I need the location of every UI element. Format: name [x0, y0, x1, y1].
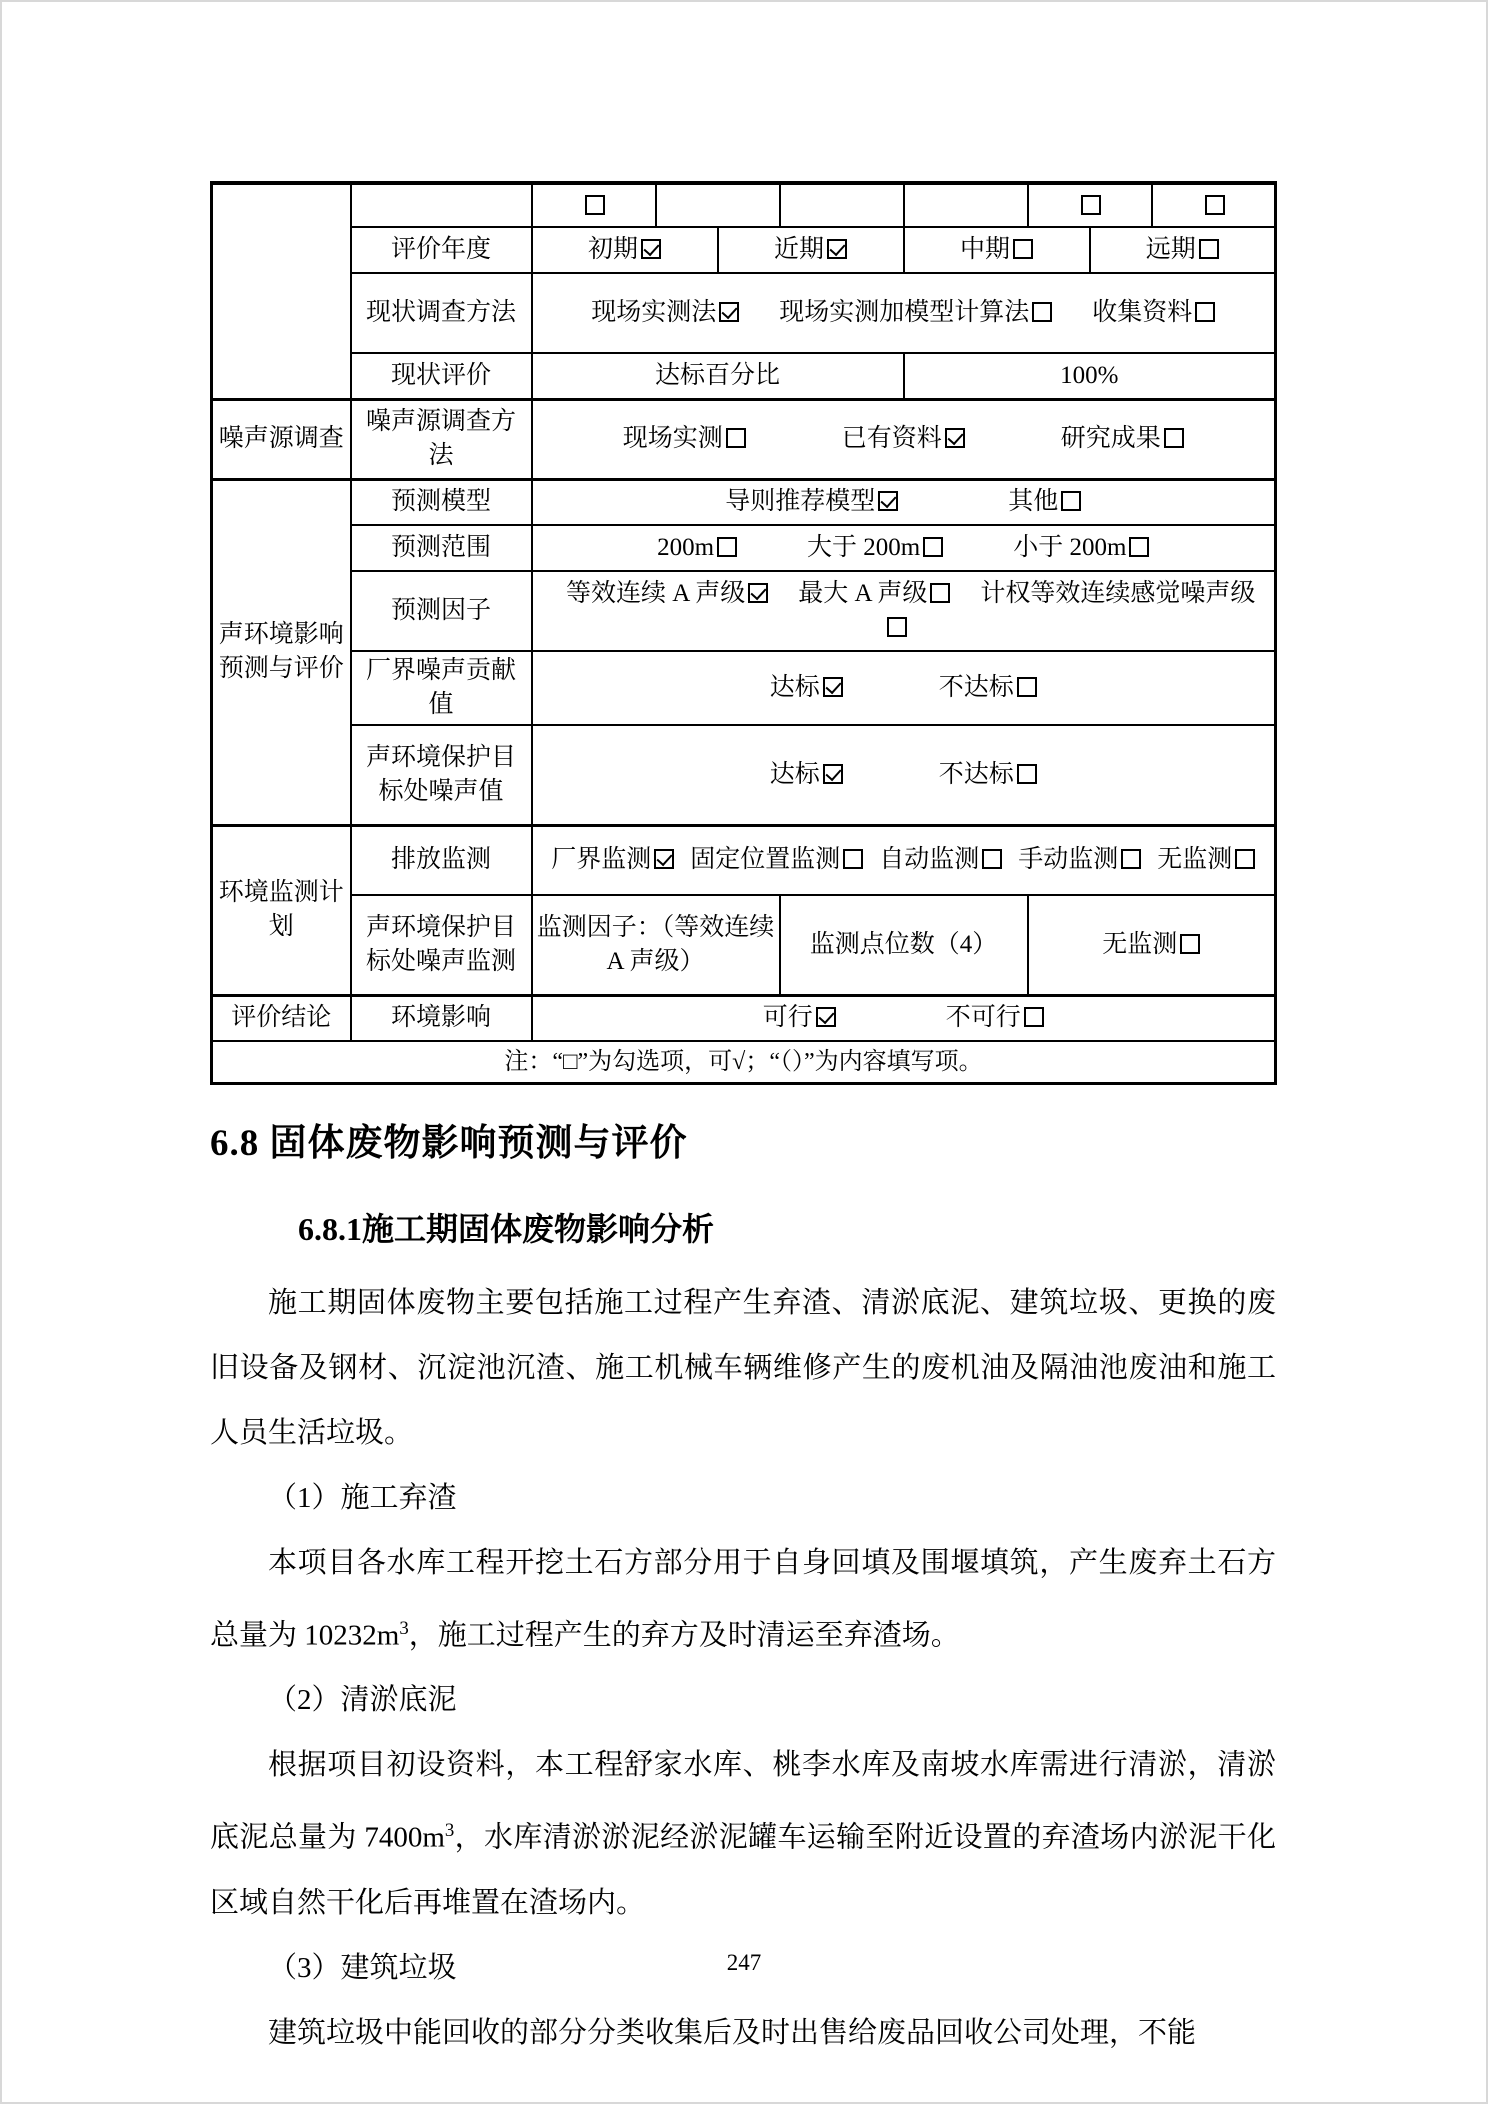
checkbox-icon [878, 491, 898, 511]
checkbox-icon [1199, 239, 1219, 259]
row-content [780, 183, 904, 227]
option: 不可行 [946, 1004, 1044, 1031]
row-label: 预测范围 [351, 525, 532, 571]
checkbox-icon [1235, 849, 1255, 869]
option-label: 现场实测 [623, 425, 723, 452]
table-row: 预测范围 200m大于 200m小于 200m [212, 525, 1276, 571]
option-label: 初期 [588, 236, 638, 263]
checkbox-icon [945, 428, 965, 448]
row-content: 达标不达标 [532, 725, 1276, 825]
option-label: 可行 [763, 1004, 813, 1031]
subsection-heading: 6.8.1施工期固体废物影响分析 [298, 1209, 1276, 1249]
row-label: 环境影响 [351, 995, 532, 1041]
superscript: 3 [445, 1820, 454, 1841]
row-label: 现状评价 [351, 353, 532, 399]
monitoring-factor-cell: 监测因子：（等效连续 A 声级） [532, 895, 780, 995]
option: 现场实测法 [591, 299, 739, 326]
paragraph: 本项目各水库工程开挖土石方部分用于自身回填及围堰填筑，产生废弃土石方总量为 10… [210, 1531, 1276, 1669]
checkbox-icon [1121, 849, 1141, 869]
table-row: 预测因子 等效连续 A 声级最大 A 声级计权等效连续感觉噪声级 [212, 571, 1276, 651]
table-row: 现状调查方法 现场实测法现场实测加模型计算法收集资料 [212, 273, 1276, 353]
row-label: 排放监测 [351, 825, 532, 895]
row-label [351, 183, 532, 227]
monitoring-points-cell: 监测点位数（4） [780, 895, 1028, 995]
option-label: 固定位置监测 [690, 846, 840, 873]
group-cell-monitoring: 环境监测计划 [212, 825, 351, 995]
row-label: 预测因子 [351, 571, 532, 651]
group-cell-conclusion: 评价结论 [212, 995, 351, 1041]
option-label: 大于 200m [807, 534, 920, 561]
option: 初期 [588, 236, 661, 263]
option: 大于 200m [807, 534, 943, 561]
row-content: 现场实测法现场实测加模型计算法收集资料 [532, 273, 1276, 353]
checkbox-icon [823, 764, 843, 784]
checkbox-icon [1081, 195, 1101, 215]
group-cell-noise-source: 噪声源调查 [212, 399, 351, 479]
option: 200m [657, 534, 737, 561]
table-row [212, 183, 1276, 227]
row-content: 远期 [1090, 227, 1276, 273]
row-label: 声环境保护目标处噪声值 [351, 725, 532, 825]
option: 最大 A 声级 [798, 580, 950, 607]
row-content: 无监测 [1028, 895, 1276, 995]
table-row: 声环境影响预测与评价 预测模型 导则推荐模型其他 [212, 479, 1276, 525]
option-label: 不可行 [946, 1004, 1021, 1031]
table-row: 评价结论 环境影响 可行不可行 [212, 995, 1276, 1041]
table-row: 声环境保护目标处噪声监测 监测因子：（等效连续 A 声级） 监测点位数（4） 无… [212, 895, 1276, 995]
row-content: 达标不达标 [532, 651, 1276, 725]
row-content: 近期 [718, 227, 904, 273]
option-label: 自动监测 [879, 846, 979, 873]
option-label: 200m [657, 534, 714, 561]
option-label: 无监测 [1157, 846, 1232, 873]
table-row: 现状评价 达标百分比 100% [212, 353, 1276, 399]
noise-assessment-table: 评价年度 初期 近期 中期 远期 现状调查方法 现场实测法现场实测加模型计算法收… [210, 181, 1277, 1085]
option-label: 小于 200m [1013, 534, 1126, 561]
option: 厂界监测 [551, 846, 674, 873]
option-label: 现场实测加模型计算法 [779, 299, 1029, 326]
option: 手动监测 [1018, 846, 1141, 873]
table-row: 环境监测计划 排放监测 厂界监测固定位置监测自动监测手动监测无监测 [212, 825, 1276, 895]
checkbox-icon [843, 849, 863, 869]
table-row: 评价年度 初期 近期 中期 远期 [212, 227, 1276, 273]
option-label: 中期 [960, 236, 1010, 263]
page-content: 评价年度 初期 近期 中期 远期 现状调查方法 现场实测法现场实测加模型计算法收… [210, 181, 1276, 2066]
option: 等效连续 A 声级 [566, 580, 768, 607]
option: 现场实测加模型计算法 [779, 299, 1052, 326]
option-label: 最大 A 声级 [798, 580, 927, 607]
checkbox-icon [654, 849, 674, 869]
checkbox-icon [1032, 302, 1052, 322]
option: 自动监测 [879, 846, 1002, 873]
row-content [656, 183, 780, 227]
paragraph: （1）施工弃渣 [210, 1466, 1276, 1531]
row-content: 初期 [532, 227, 718, 273]
checkbox-icon [717, 537, 737, 557]
checkbox-icon [816, 1007, 836, 1027]
option-label: 导则推荐模型 [725, 488, 875, 515]
section-heading: 6.8 固体废物影响预测与评价 [210, 1121, 1276, 1167]
checkbox-icon [1013, 239, 1033, 259]
option: 不达标 [939, 674, 1037, 701]
paragraph: （2）清淤底泥 [210, 1668, 1276, 1733]
row-label: 现状调查方法 [351, 273, 532, 353]
option-label: 手动监测 [1018, 846, 1118, 873]
paragraph: 施工期固体废物主要包括施工过程产生弃渣、清淤底泥、建筑垃圾、更换的废旧设备及钢材… [210, 1271, 1276, 1466]
group-cell-prediction: 声环境影响预测与评价 [212, 479, 351, 825]
checkbox-icon [1129, 537, 1149, 557]
option-label: 计权等效连续感觉噪声级 [980, 580, 1255, 607]
option: 固定位置监测 [690, 846, 863, 873]
checkbox-icon [641, 239, 661, 259]
option: 达标 [770, 761, 843, 788]
option: 中期 [960, 236, 1033, 263]
option: 导则推荐模型 [725, 488, 898, 515]
checkbox-icon [726, 428, 746, 448]
option: 现场实测 [623, 425, 746, 452]
option-label: 近期 [774, 236, 824, 263]
group-cell-continued [212, 183, 351, 399]
option-label: 厂界监测 [551, 846, 651, 873]
option-label: 等效连续 A 声级 [566, 580, 745, 607]
option-label: 不达标 [939, 761, 1014, 788]
row-label: 噪声源调查方法 [351, 399, 532, 479]
checkbox-icon [585, 195, 605, 215]
option-label: 无监测 [1102, 931, 1177, 958]
option: 远期 [1146, 236, 1219, 263]
table-row: 厂界噪声贡献值 达标不达标 [212, 651, 1276, 725]
checkbox-icon [1024, 1007, 1044, 1027]
page-number: 247 [0, 1950, 1488, 1976]
superscript: 3 [399, 1618, 408, 1639]
option-label: 研究成果 [1061, 425, 1161, 452]
table-row: 噪声源调查 噪声源调查方法 现场实测已有资料研究成果 [212, 399, 1276, 479]
row-content: 现场实测已有资料研究成果 [532, 399, 1276, 479]
option-label: 达标 [770, 761, 820, 788]
row-content: 中期 [904, 227, 1090, 273]
row-label: 厂界噪声贡献值 [351, 651, 532, 725]
option-label: 已有资料 [842, 425, 942, 452]
row-content: 可行不可行 [532, 995, 1276, 1041]
row-label: 预测模型 [351, 479, 532, 525]
option: 小于 200m [1013, 534, 1149, 561]
paragraph: 建筑垃圾中能回收的部分分类收集后及时出售给废品回收公司处理，不能 [210, 2001, 1276, 2066]
checkbox-icon [887, 617, 907, 637]
checkbox-icon [827, 239, 847, 259]
table-row: 注：“□”为勾选项，可√；“（）”为内容填写项。 [212, 1041, 1276, 1083]
option: 其他 [1008, 488, 1081, 515]
checkbox-icon [1061, 491, 1081, 511]
row-label: 声环境保护目标处噪声监测 [351, 895, 532, 995]
row-content: 100% [904, 353, 1276, 399]
checkbox-icon [930, 583, 950, 603]
row-content: 200m大于 200m小于 200m [532, 525, 1276, 571]
paragraph-text: ，施工过程产生的弃方及时清运至弃渣场。 [409, 1619, 960, 1651]
option: 收集资料 [1092, 299, 1215, 326]
option: 不达标 [939, 761, 1037, 788]
option-label: 收集资料 [1092, 299, 1192, 326]
checkbox-icon [1017, 677, 1037, 697]
checkbox-icon [1195, 302, 1215, 322]
option: 无监测 [1102, 931, 1200, 958]
option-label: 不达标 [939, 674, 1014, 701]
option: 达标 [770, 674, 843, 701]
checkbox-icon [982, 849, 1002, 869]
option: 可行 [763, 1004, 836, 1031]
checkbox-icon [1205, 195, 1225, 215]
row-content: 达标百分比 [532, 353, 904, 399]
row-content [532, 183, 656, 227]
table-note: 注：“□”为勾选项，可√；“（）”为内容填写项。 [212, 1041, 1276, 1083]
checkbox-icon [748, 583, 768, 603]
option-label: 达标 [770, 674, 820, 701]
checkbox-icon [923, 537, 943, 557]
row-label: 评价年度 [351, 227, 532, 273]
checkbox-icon [1180, 934, 1200, 954]
option: 研究成果 [1061, 425, 1184, 452]
checkbox-icon [823, 677, 843, 697]
paragraph: 根据项目初设资料，本工程舒家水库、桃李水库及南坡水库需进行清淤，清淤底泥总量为 … [210, 1733, 1276, 1936]
checkbox-icon [1164, 428, 1184, 448]
row-content [1028, 183, 1152, 227]
option: 近期 [774, 236, 847, 263]
row-content [904, 183, 1028, 227]
checkbox-icon [719, 302, 739, 322]
row-content: 等效连续 A 声级最大 A 声级计权等效连续感觉噪声级 [532, 571, 1276, 651]
option-label: 现场实测法 [591, 299, 716, 326]
row-content: 厂界监测固定位置监测自动监测手动监测无监测 [532, 825, 1276, 895]
table-row: 声环境保护目标处噪声值 达标不达标 [212, 725, 1276, 825]
option: 已有资料 [842, 425, 965, 452]
row-content [1152, 183, 1276, 227]
option-label: 其他 [1008, 488, 1058, 515]
option-label: 远期 [1146, 236, 1196, 263]
row-content: 导则推荐模型其他 [532, 479, 1276, 525]
checkbox-icon [1017, 764, 1037, 784]
option: 无监测 [1157, 846, 1255, 873]
